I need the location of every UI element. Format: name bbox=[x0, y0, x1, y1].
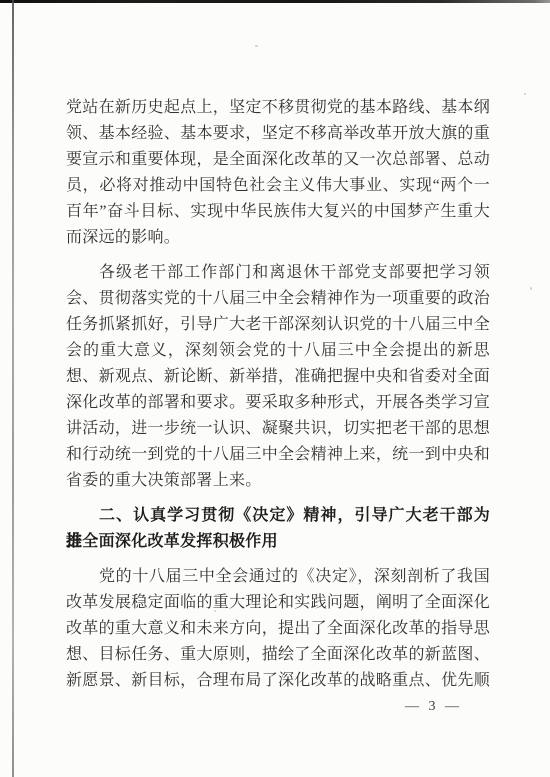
text-line: 而深远的影响。 bbox=[66, 225, 490, 251]
text-line: 省委的重大决策部署上来。 bbox=[66, 468, 490, 494]
document-body: 党站在新历史起点上，坚定不移贯彻党的基本路线、基本纲 领、基本经验、基本要求，坚… bbox=[66, 95, 490, 694]
text-line: 新愿景、新目标，合理布局了深化改革的战略重点、优先顺 bbox=[66, 668, 490, 694]
scan-edge-left-line bbox=[12, 0, 14, 777]
text-line: 党的十八届三中全会通过的《决定》，深刻剖析了我国 bbox=[66, 564, 490, 590]
text-line: 任务抓紧抓好，引导广大老干部深刻认识党的十八届三中全 bbox=[66, 312, 490, 338]
text-line: 想、目标任务、重大原则，描绘了全面深化改革的新蓝图、 bbox=[66, 642, 490, 668]
scan-speck bbox=[255, 45, 258, 47]
heading-line: 二、认真学习贯彻《决定》精神，引导广大老干部为推 bbox=[66, 503, 490, 529]
text-line: 要宣示和重要体现，是全面深化改革的又一次总部署、总动 bbox=[66, 147, 490, 173]
scan-speck bbox=[524, 93, 526, 95]
paragraph-1: 党站在新历史起点上，坚定不移贯彻党的基本路线、基本纲 领、基本经验、基本要求，坚… bbox=[66, 95, 490, 251]
heading-line: 进全面深化改革发挥积极作用 bbox=[66, 529, 490, 555]
text-line: 会的重大意义，深刻领会党的十八届三中全会提出的新思 bbox=[66, 338, 490, 364]
text-line: 党站在新历史起点上，坚定不移贯彻党的基本路线、基本纲 bbox=[66, 95, 490, 121]
scanned-document-page: 党站在新历史起点上，坚定不移贯彻党的基本路线、基本纲 领、基本经验、基本要求，坚… bbox=[0, 0, 550, 777]
paragraph-3: 党的十八届三中全会通过的《决定》，深刻剖析了我国 改革发展稳定面临的重大理论和实… bbox=[66, 564, 490, 694]
text-line: 会、贯彻落实党的十八届三中全会精神作为一项重要的政治 bbox=[66, 286, 490, 312]
text-line: 员，必将对推动中国特色社会主义伟大事业、实现“两个一 bbox=[66, 173, 490, 199]
text-line: 各级老干部工作部门和离退休干部党支部要把学习领 bbox=[66, 260, 490, 286]
scan-edge-top-line bbox=[0, 0, 550, 3]
text-line: 和行动统一到党的十八届三中全会精神上来，统一到中央和 bbox=[66, 442, 490, 468]
section-heading-2: 二、认真学习贯彻《决定》精神，引导广大老干部为推 进全面深化改革发挥积极作用 bbox=[66, 503, 490, 555]
text-line: 领、基本经验、基本要求，坚定不移高举改革开放大旗的重 bbox=[66, 121, 490, 147]
text-line: 想、新观点、新论断、新举措，准确把握中央和省委对全面 bbox=[66, 364, 490, 390]
text-line: 百年”奋斗目标、实现中华民族伟大复兴的中国梦产生重大 bbox=[66, 199, 490, 225]
page-number: — 3 — bbox=[405, 699, 462, 715]
text-line: 深化改革的部署和要求。要采取多种形式，开展各类学习宣 bbox=[66, 390, 490, 416]
text-line: 讲活动，进一步统一认识、凝聚共识，切实把老干部的思想 bbox=[66, 416, 490, 442]
paragraph-2: 各级老干部工作部门和离退休干部党支部要把学习领 会、贯彻落实党的十八届三中全会精… bbox=[66, 260, 490, 494]
text-line: 改革发展稳定面临的重大理论和实践问题，阐明了全面深化 bbox=[66, 590, 490, 616]
text-line: 改革的重大意义和未来方向，提出了全面深化改革的指导思 bbox=[66, 616, 490, 642]
scan-speck bbox=[530, 287, 532, 290]
